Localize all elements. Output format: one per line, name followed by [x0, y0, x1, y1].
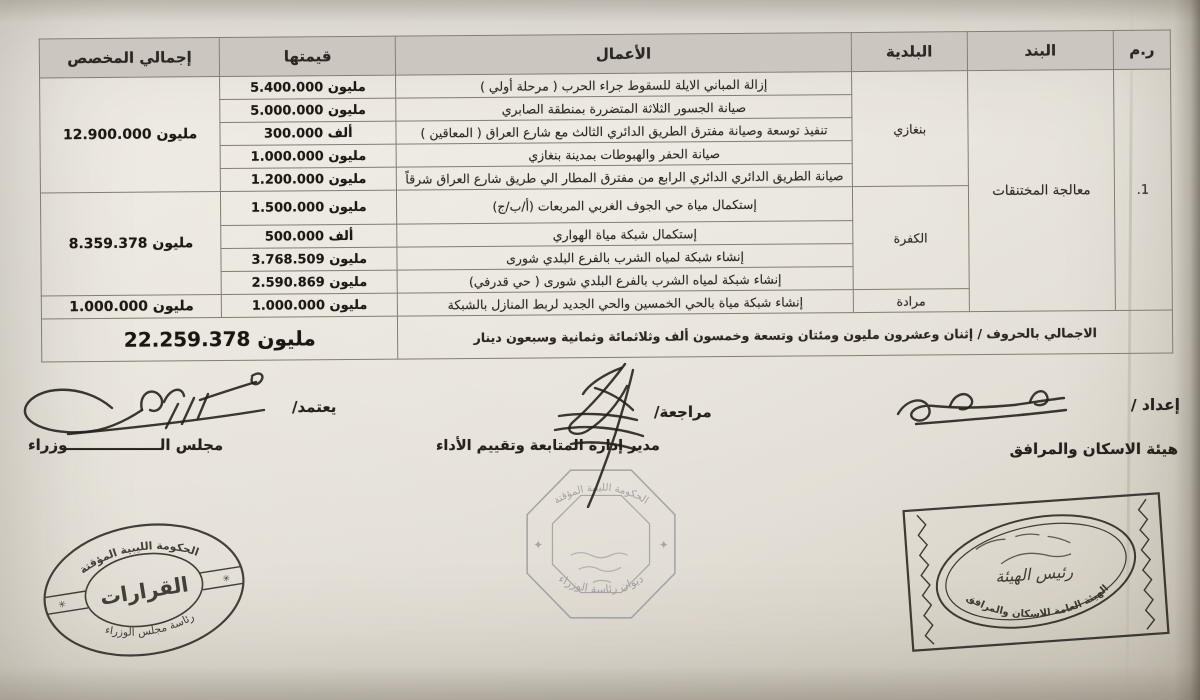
asterisk-icon: ✳ — [58, 600, 67, 611]
municipality-cell: مرادة — [853, 289, 969, 313]
prepared-signature — [888, 378, 1083, 433]
decisions-oval-stamp: ✳ ✳ الحكومة الليبية المؤقتة رئاسة مجلس ا… — [22, 498, 265, 683]
oval-stamp-center-text: القرارات — [98, 572, 190, 610]
value-cell: 5.000.000 مليون — [220, 98, 396, 122]
col-municipality: البلدية — [851, 32, 967, 72]
value-cell: 2.590.869 مليون — [221, 270, 397, 294]
col-serial: ر.م — [1113, 30, 1170, 69]
item-cell: معالجة المختنقات — [967, 70, 1115, 312]
prepared-label: إعداد / — [1131, 396, 1180, 414]
housing-authority-stamp: رئيس الهيئة الهيئة العامة للاسكان والمرا… — [898, 490, 1174, 654]
svg-text:ديوان رئاسة الوزراء: ديوان رئاسة الوزراء — [556, 572, 645, 596]
octagon-stamp-bottom-text: ديوان رئاسة الوزراء — [556, 572, 645, 596]
col-value: قيمتها — [219, 36, 395, 76]
col-total: إجمالي المخصص — [39, 38, 220, 78]
value-cell: 500.000 ألف — [221, 224, 397, 248]
value-cell: 1.000.000 مليون — [221, 293, 397, 317]
value-cell: 1.200.000 مليون — [220, 167, 396, 191]
asterisk-icon: ✳ — [222, 574, 231, 585]
value-cell: 1.500.000 مليون — [221, 190, 397, 225]
star-icon: ✦ — [533, 538, 543, 552]
total-cell: 1.000.000 مليون — [41, 295, 221, 319]
value-cell: 1.000.000 مليون — [220, 144, 396, 168]
grand-total-number: 22.259.378 مليون — [41, 316, 398, 362]
star-icon: ✦ — [659, 538, 669, 552]
svg-text:رئاسة مجلس الوزراء: رئاسة مجلس الوزراء — [102, 609, 197, 644]
prepared-org: هيئة الاسكان والمرافق — [1010, 440, 1178, 458]
grand-total-words: الاجمالي بالحروف / إثنان وعشرون مليون وم… — [398, 310, 1173, 359]
rect-stamp-illegible-top-text — [975, 531, 1071, 565]
reviewed-signature — [525, 358, 670, 508]
oval-stamp-bottom-text: رئاسة مجلس الوزراء — [102, 609, 197, 644]
municipality-cell: الكفرة — [852, 186, 969, 290]
work-cell: إستكمال مياة حي الجوف الغربي المربعات (أ… — [397, 187, 853, 225]
allocations-table: ر.م البند البلدية الأعمال قيمتها إجمالي … — [39, 30, 1174, 363]
value-cell: 5.400.000 مليون — [220, 75, 396, 99]
zigzag-border-right — [1138, 499, 1155, 629]
scanned-document-page: ر.م البند البلدية الأعمال قيمتها إجمالي … — [0, 0, 1200, 700]
zigzag-border-left — [917, 515, 934, 645]
octagon-stamp-illegible-lines — [571, 553, 628, 583]
total-cell: 8.359.378 مليون — [40, 192, 221, 296]
value-cell: 3.768.509 مليون — [221, 247, 397, 271]
approved-label: يعتمد/ — [292, 398, 336, 416]
col-works: الأعمال — [396, 33, 852, 76]
total-cell: 12.900.000 مليون — [40, 77, 221, 193]
col-item: البند — [967, 31, 1113, 71]
grand-total-row: الاجمالي بالحروف / إثنان وعشرون مليون وم… — [41, 310, 1172, 362]
approved-signature — [12, 370, 292, 455]
rect-stamp-center-text: رئيس الهيئة — [995, 562, 1074, 586]
allocations-table-wrapper: ر.م البند البلدية الأعمال قيمتها إجمالي … — [39, 30, 1174, 363]
value-cell: 300.000 ألف — [220, 121, 396, 145]
serial-cell: .1 — [1113, 69, 1172, 310]
municipality-cell: بنغازي — [851, 71, 968, 187]
